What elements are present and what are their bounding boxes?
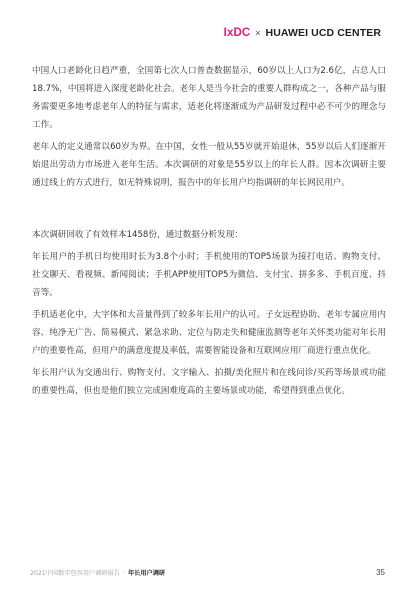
body-content: 中国人口老龄化日趋严重，全国第七次人口普查数据显示，60岁以上人口为2.6亿，占… (32, 62, 386, 400)
footer-report-title: 2021中国数字包容用户调研报告 (30, 570, 120, 577)
paragraph-aging-population: 中国人口老龄化日趋严重，全国第七次人口普查数据显示，60岁以上人口为2.6亿，占… (32, 62, 386, 134)
paragraph-sample-summary: 本次调研回收了有效样本1458份，通过数据分析发现： (32, 226, 386, 244)
paragraph-finding-aging-adaptation: 手机适老化中，大字体和大音量得到了较多年长用户的认可。子女远程协助、老年专属应用… (32, 306, 386, 360)
footer-separator: · (123, 570, 125, 577)
paragraph-elderly-definition: 老年人的定义通常以60岁为界。在中国，女性一般从55岁就开始退休，55岁以后人们… (32, 138, 386, 192)
page-number: 35 (376, 568, 385, 577)
footer-report-info: 2021中国数字包容用户调研报告·年长用户调研 (30, 568, 165, 577)
collaboration-x-icon: × (255, 28, 260, 38)
footer-section-title: 年长用户调研 (128, 570, 165, 577)
huawei-ucd-center-logo: HUAWEI UCD CENTER (266, 27, 381, 39)
ixdc-logo: IxDC (224, 27, 251, 39)
paragraph-finding-scenarios: 年长用户认为交通出行、购物支付、文字输入、拍摄/美化照片和在线问诊/买药等场景或… (32, 364, 386, 400)
page-footer: 2021中国数字包容用户调研报告·年长用户调研 35 (30, 566, 385, 578)
page-header: IxDC × HUAWEI UCD CENTER (224, 26, 381, 40)
paragraph-finding-usage: 年长用户的手机日均使用时长为3.8个小时；手机使用的TOP5场景为接打电话、购物… (32, 248, 386, 302)
